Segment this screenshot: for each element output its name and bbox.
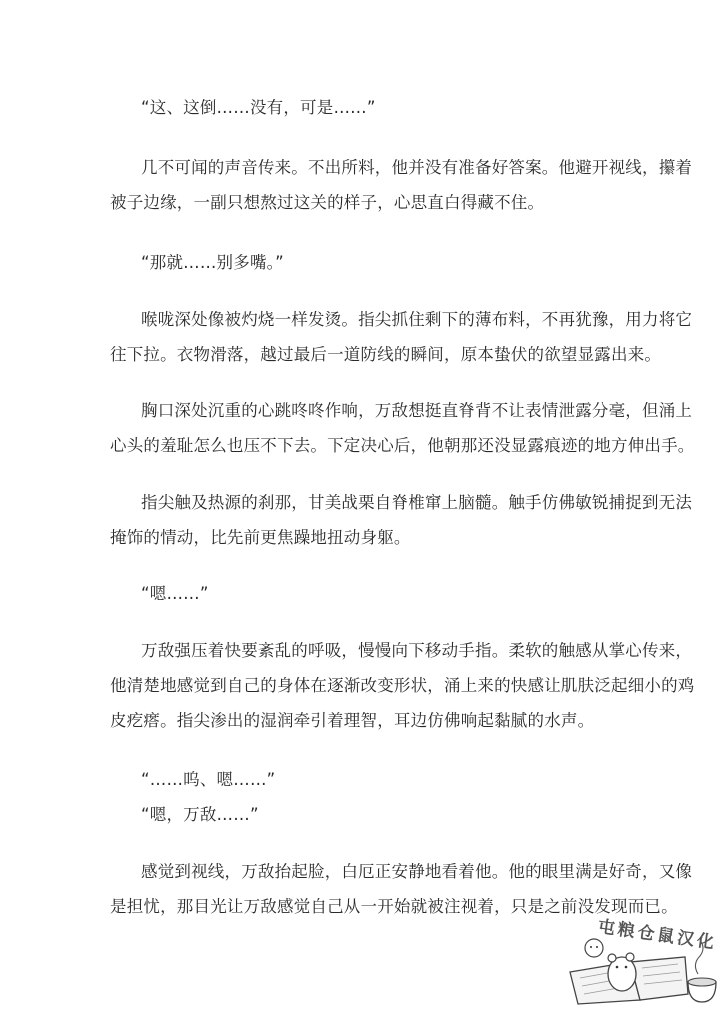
scanlation-watermark: 屯粮仓鼠汉化 [560,912,720,1014]
paragraph-line: 心头的羞耻怎么也压不下去。下定决心后，他朝那还没显露痕迹的地方伸出手。 [110,436,695,456]
paragraph-line: 万敌强压着快要紊乱的呼吸，慢慢向下移动手指。柔软的触感从掌心传来， [141,641,692,661]
dialogue-line: “嗯，万敌……” [141,805,259,825]
paragraph-line: 几不可闻的声音传来。不出所料，他并没有准备好答案。他避开视线，攥着 [141,158,692,178]
paragraph-line: 被子边缘，一副只想熬过这关的样子，心思直白得藏不住。 [110,193,544,213]
paragraph-line: 感觉到视线，万敌抬起脸，白厄正安静地看着他。他的眼里满是好奇，又像 [141,862,692,882]
dialogue-line: “嗯……” [141,584,209,604]
dialogue-line: “这、这倒……没有，可是……” [141,98,376,118]
paragraph-line: 往下拉。衣物滑落，越过最后一道防线的瞬间，原本蛰伏的欲望显露出来。 [110,345,661,365]
paragraph-line: 他清楚地感觉到自己的身体在逐渐改变形状，涌上来的快感让肌肤泛起细小的鸡 [110,676,695,696]
paragraph-line: 胸口深处沉重的心跳咚咚作响，万敌想挺直脊背不让表情泄露分毫，但涌上 [141,401,692,421]
paragraph-line: 指尖触及热源的刹那，甘美战栗自脊椎窜上脑髓。触手仿佛敏锐捕捉到无法 [141,493,692,513]
dialogue-line: “……呜、嗯……” [141,770,275,790]
hamster-reading-book-icon [560,912,720,1014]
paragraph-line: 喉咙深处像被灼烧一样发烫。指尖抓住剩下的薄布料，不再犹豫，用力将它 [141,310,692,330]
paragraph-line: 皮疙瘩。指尖渗出的湿润牵引着理智，耳边仿佛响起黏腻的水声。 [110,711,594,731]
dialogue-line: “那就……别多嘴。” [141,253,284,273]
paragraph-line: 掩饰的情动，比先前更焦躁地扭动身躯。 [110,528,411,548]
